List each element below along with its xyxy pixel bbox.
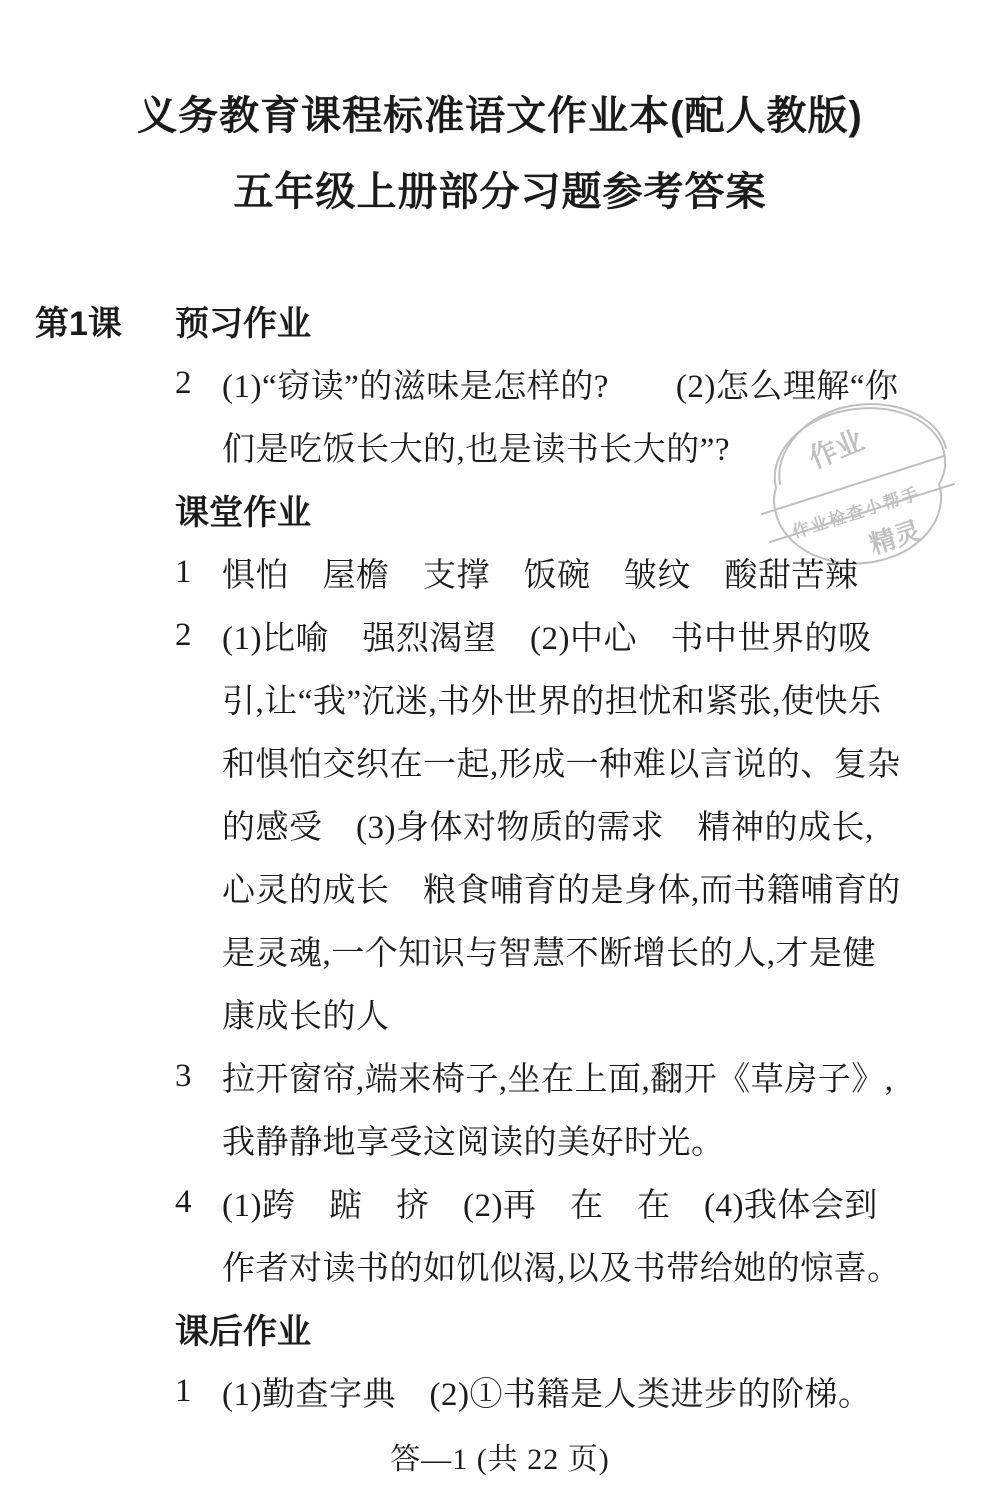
page-title-line2: 五年级上册部分习题参考答案	[0, 154, 1000, 230]
item-number: 2	[175, 617, 222, 654]
continuation-text: 的感受 (3)身体对物质的需求 精神的成长,	[222, 801, 874, 848]
continuation-row: 康成长的人	[35, 982, 965, 1045]
item-number: 4	[175, 1184, 222, 1221]
section-title: 课堂作业	[175, 485, 311, 534]
title-block: 义务教育课程标准语文作业本(配人教版) 五年级上册部分习题参考答案	[0, 78, 1000, 230]
answer-item-row: 1 惧怕 屋檐 支撑 饭碗 皱纹 酸甜苦辣	[35, 541, 965, 604]
item-text: (1)勤查字典 (2)①书籍是人类进步的阶梯。	[222, 1368, 871, 1415]
answer-item-row: 2 (1)比喻 强烈渴望 (2)中心 书中世界的吸	[35, 604, 965, 667]
continuation-row: 和惧怕交织在一起,形成一种难以言说的、复杂	[35, 730, 965, 793]
item-text: (1)“窃读”的滋味是怎样的? (2)怎么理解“你	[222, 360, 899, 407]
section-title: 预习作业	[175, 296, 311, 345]
item-text: (1)跨 踮 挤 (2)再 在 在 (4)我体会到	[222, 1179, 878, 1226]
continuation-row: 是灵魂,一个知识与智慧不断增长的人,才是健	[35, 919, 965, 982]
lesson-label: 第1课	[35, 296, 175, 345]
continuation-text: 作者对读书的如饥似渴,以及书带给她的惊喜。	[222, 1242, 901, 1289]
continuation-text: 是灵魂,一个知识与智慧不断增长的人,才是健	[222, 927, 876, 974]
answer-item-row: 1 (1)勤查字典 (2)①书籍是人类进步的阶梯。	[35, 1360, 965, 1423]
item-number: 2	[175, 365, 222, 402]
page: 义务教育课程标准语文作业本(配人教版) 五年级上册部分习题参考答案 作业 作业检…	[0, 0, 1000, 1512]
continuation-text: 和惧怕交织在一起,形成一种难以言说的、复杂	[222, 738, 901, 785]
continuation-text: 引,让“我”沉迷,书外世界的担忧和紧张,使快乐	[222, 675, 882, 722]
item-number: 1	[175, 554, 222, 591]
page-title-line1: 义务教育课程标准语文作业本(配人教版)	[0, 78, 1000, 154]
continuation-text: 康成长的人	[222, 990, 390, 1037]
item-text: 拉开窗帘,端来椅子,坐在上面,翻开《草房子》,	[222, 1053, 894, 1100]
answer-item-row: 3 拉开窗帘,端来椅子,坐在上面,翻开《草房子》,	[35, 1045, 965, 1108]
item-number: 1	[175, 1373, 222, 1410]
continuation-text: 们是吃饭长大的,也是读书长大的”?	[222, 423, 730, 470]
continuation-row: 心灵的成长 粮食哺育的是身体,而书籍哺育的	[35, 856, 965, 919]
answer-content: 第1课 预习作业 2 (1)“窃读”的滋味是怎样的? (2)怎么理解“你 们是吃…	[35, 289, 965, 1423]
item-text: (1)比喻 强烈渴望 (2)中心 书中世界的吸	[222, 612, 871, 659]
page-footer: 答—1 (共 22 页)	[0, 1434, 1000, 1478]
section-title: 课后作业	[175, 1304, 311, 1353]
lesson-header-row: 第1课 预习作业	[35, 289, 965, 352]
continuation-row: 的感受 (3)身体对物质的需求 精神的成长,	[35, 793, 965, 856]
continuation-row: 引,让“我”沉迷,书外世界的担忧和紧张,使快乐	[35, 667, 965, 730]
item-text: 惧怕 屋檐 支撑 饭碗 皱纹 酸甜苦辣	[222, 549, 859, 596]
continuation-text: 心灵的成长 粮食哺育的是身体,而书籍哺育的	[222, 864, 901, 911]
continuation-row: 作者对读书的如饥似渴,以及书带给她的惊喜。	[35, 1234, 965, 1297]
continuation-text: 我静静地享受这阅读的美好时光。	[222, 1116, 725, 1163]
answer-item-row: 2 (1)“窃读”的滋味是怎样的? (2)怎么理解“你	[35, 352, 965, 415]
answer-item-row: 4 (1)跨 踮 挤 (2)再 在 在 (4)我体会到	[35, 1171, 965, 1234]
continuation-row: 我静静地享受这阅读的美好时光。	[35, 1108, 965, 1171]
section-header-row: 课堂作业	[35, 478, 965, 541]
item-number: 3	[175, 1058, 222, 1095]
section-header-row: 课后作业	[35, 1297, 965, 1360]
continuation-row: 们是吃饭长大的,也是读书长大的”?	[35, 415, 965, 478]
